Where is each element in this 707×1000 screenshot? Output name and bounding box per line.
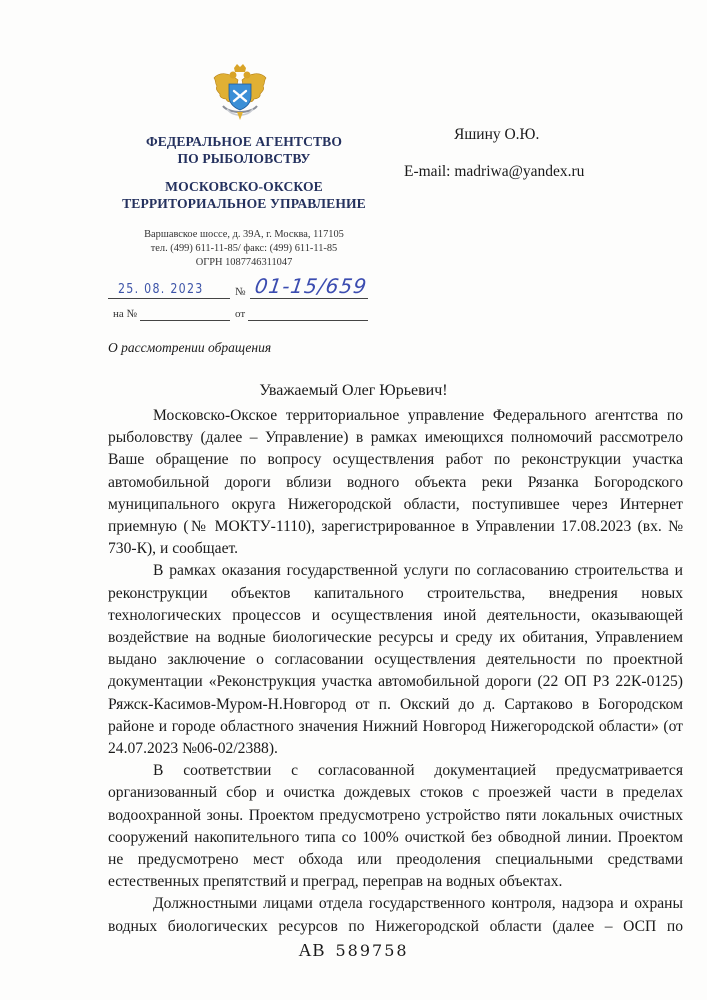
date-underline xyxy=(108,298,230,299)
paragraph: Московско-Окское территориальное управле… xyxy=(108,405,683,560)
department-name: МОСКОВСКО-ОКСКОЕ ТЕРРИТОРИАЛЬНОЕ УПРАВЛЕ… xyxy=(108,178,380,212)
letter-page: ФЕДЕРАЛЬНОЕ АГЕНТСТВО ПО РЫБОЛОВСТВУ МОС… xyxy=(0,0,707,1000)
paragraph: Должностными лицами отдела государственн… xyxy=(108,893,683,937)
double-headed-eagle-emblem-icon xyxy=(209,62,271,124)
phone-fax: тел. (499) 611-11-85/ факс: (499) 611-11… xyxy=(108,242,380,256)
serial-series: АВ xyxy=(298,940,325,960)
address: Варшавское шоссе, д. 39А, г. Москва, 117… xyxy=(108,228,380,242)
number-underline xyxy=(250,298,368,299)
outgoing-number: 01-15/659 xyxy=(253,274,368,298)
ref-number-label: на № xyxy=(113,308,137,320)
letter-body: Московско-Окское территориальное управле… xyxy=(108,405,683,938)
ogrn: ОГРН 1087746311047 xyxy=(108,256,380,270)
recipient-name: Яшину О.Ю. xyxy=(454,125,539,145)
letter-subject: О рассмотрении обращения xyxy=(108,340,271,356)
ref-number-underline xyxy=(140,320,230,321)
serial-number: 589758 xyxy=(335,941,408,960)
from-underline xyxy=(248,320,368,321)
letterhead-contacts: Варшавское шоссе, д. 39А, г. Москва, 117… xyxy=(108,228,380,270)
date-stamp: 25. 08. 2023 xyxy=(118,282,204,297)
paragraph: В рамках оказания государственной услуги… xyxy=(108,560,683,760)
recipient-email: E-mail: madriwa@yandex.ru xyxy=(404,162,584,182)
salutation: Уважаемый Олег Юрьевич! xyxy=(0,382,707,400)
paragraph: В соответствии с согласованной документа… xyxy=(108,760,683,893)
from-label: от xyxy=(235,308,245,320)
agency-name: ФЕДЕРАЛЬНОЕ АГЕНТСТВО ПО РЫБОЛОВСТВУ xyxy=(108,133,380,167)
blank-serial-number: АВ589758 xyxy=(0,940,707,961)
number-label: № xyxy=(235,286,246,298)
